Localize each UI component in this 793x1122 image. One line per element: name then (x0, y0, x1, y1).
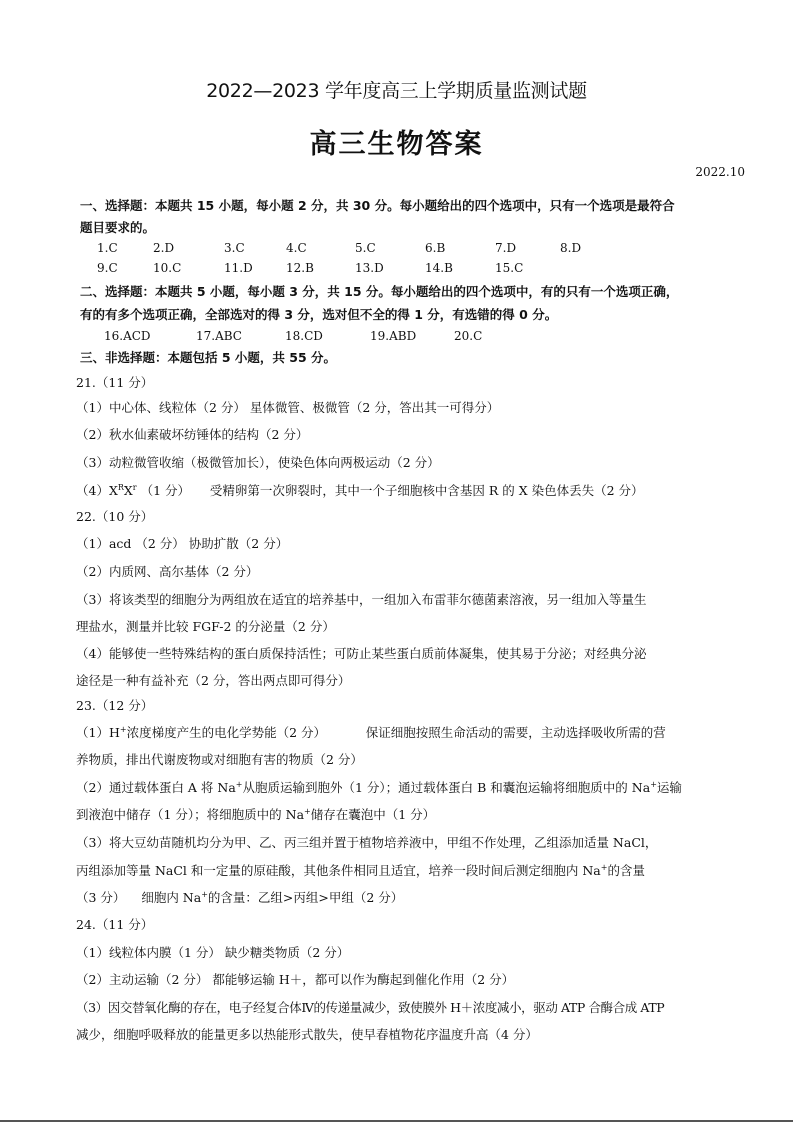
answer-3: 3.C (224, 241, 245, 255)
q22-line-3: （3）将该类型的细胞分为两组放在适宜的培养基中，一组加入布雷菲尔德菌素溶液，另一… (76, 590, 646, 608)
q24-line-4: 减少，细胞呼吸释放的能量更多以热能形式散失，使早春植物花序温度升高（4 分） (76, 1025, 538, 1043)
part2-heading-line1: 二、选择题：本题共 5 小题，每小题 3 分，共 15 分。每小题给出的四个选项… (80, 282, 678, 300)
answer-2: 2.D (153, 241, 174, 255)
q22-line-1: （1）acd （2 分） 协助扩散（2 分） (76, 534, 288, 552)
document-date: 2022.10 (695, 165, 745, 179)
q23-line-4: 到液泡中储存（1 分）；将细胞质中的 Na+储存在囊泡中（1 分） (76, 805, 435, 823)
plus-superscript: + (236, 780, 243, 789)
q23-line-2: 养物质，排出代谢废物或对细胞有害的物质（2 分） (76, 750, 363, 768)
q24-line-3: （3）因交替氧化酶的存在，电子经复合体Ⅳ的传递量减少，致使膜外 H＋浓度减小，驱… (76, 998, 664, 1016)
q23-line-4-b: 储存在囊泡中（1 分） (311, 807, 435, 822)
answer-18: 18.CD (285, 329, 323, 343)
q24-title: 24.（11 分） (76, 915, 153, 933)
plus-superscript: + (304, 807, 311, 816)
answer-7: 7.D (495, 241, 516, 255)
q23-line-5: （3）将大豆幼苗随机均分为甲、乙、丙三组并置于植物培养液中，甲组不作处理，乙组添… (76, 833, 657, 851)
q22-line-5: （4）能够使一些特殊结构的蛋白质保持活性；可防止某些蛋白质前体凝集，使其易于分泌… (76, 644, 646, 662)
answer-8: 8.D (560, 241, 581, 255)
q21-line-4: （4）XRXr （1 分） 受精卵第一次卵裂时，其中一个子细胞核中含基因 R 的… (76, 481, 644, 499)
q23-line-3-c: 运输 (657, 780, 682, 795)
q23-line-7: （3 分） 细胞内 Na+的含量：乙组>丙组>甲组（2 分） (76, 888, 403, 906)
q21-line-4-rest: （1 分） 受精卵第一次卵裂时，其中一个子细胞核中含基因 R 的 X 染色体丢失… (137, 483, 644, 498)
plus-superscript: + (650, 780, 657, 789)
answer-17: 17.ABC (196, 329, 242, 343)
q21-line-3: （3）动粒微管收缩（极微管加长），使染色体向两极运动（2 分） (76, 453, 440, 471)
q24-line-2: （2）主动运输（2 分） 都能够运输 H＋，都可以作为酶起到催化作用（2 分） (76, 970, 514, 988)
q22-line-4: 理盐水，测量并比较 FGF-2 的分泌量（2 分） (76, 617, 335, 635)
answer-5: 5.C (355, 241, 376, 255)
answer-1: 1.C (97, 241, 118, 255)
part1-heading-line2: 题目要求的。 (80, 218, 155, 236)
genotype-x2: X (124, 483, 133, 498)
q23-line-1-start: （1）H (76, 725, 120, 740)
answer-11: 11.D (224, 261, 253, 275)
answer-4: 4.C (286, 241, 307, 255)
q23-line-7-a: （3 分） 细胞内 Na (76, 890, 201, 905)
q23-line-3-a: （2）通过载体蛋白 A 将 Na (76, 780, 236, 795)
q23-line-7-b: 的含量：乙组>丙组>甲组（2 分） (208, 890, 403, 905)
plus-superscript: + (120, 725, 127, 734)
answer-10: 10.C (153, 261, 181, 275)
answer-19: 19.ABD (370, 329, 416, 343)
answer-9: 9.C (97, 261, 118, 275)
q23-line-4-a: 到液泡中储存（1 分）；将细胞质中的 Na (76, 807, 304, 822)
part2-answers-row: 16.ACD 17.ABC 18.CD 19.ABD 20.C (0, 329, 793, 345)
subject-title: 高三生物答案 (0, 122, 793, 161)
q23-line-1-rest: 浓度梯度产生的电化学势能（2 分） 保证细胞按照生命活动的需要，主动选择吸收所需… (127, 725, 666, 740)
answer-15: 15.C (495, 261, 523, 275)
q23-line-3-b: 从胞质运输到胞外（1 分）；通过载体蛋白 B 和囊泡运输将细胞质中的 Na (243, 780, 651, 795)
plus-superscript: + (201, 890, 208, 899)
part2-heading-line2: 有的有多个选项正确，全部选对的得 3 分，选对但不全的得 1 分，有选错的得 0… (80, 305, 557, 323)
q22-line-6: 途径是一种有益补充（2 分，答出两点即可得分） (76, 671, 350, 689)
answer-13: 13.D (355, 261, 384, 275)
q21-line-1: （1）中心体、线粒体（2 分） 星体微管、极微管（2 分，答出其一可得分） (76, 398, 499, 416)
answer-20: 20.C (454, 329, 482, 343)
exam-title: 2022—2023 学年度高三上学期质量监测试题 (0, 76, 793, 103)
q22-line-2: （2）内质网、高尔基体（2 分） (76, 562, 258, 580)
q21-title: 21.（11 分） (76, 373, 153, 391)
answer-12: 12.B (286, 261, 314, 275)
part1-answers-row2: 9.C 10.C 11.D 12.B 13.D 14.B 15.C (0, 261, 793, 277)
q22-title: 22.（10 分） (76, 507, 153, 525)
answer-14: 14.B (425, 261, 453, 275)
part1-answers-row1: 1.C 2.D 3.C 4.C 5.C 6.B 7.D 8.D (0, 241, 793, 257)
answer-16: 16.ACD (104, 329, 151, 343)
q23-title: 23.（12 分） (76, 696, 153, 714)
q23-line-1: （1）H+浓度梯度产生的电化学势能（2 分） 保证细胞按照生命活动的需要，主动选… (76, 723, 666, 741)
q24-line-1: （1）线粒体内膜（1 分） 缺少糖类物质（2 分） (76, 943, 349, 961)
q23-line-6-b: 的含量 (607, 863, 645, 878)
part1-heading-line1: 一、选择题：本题共 15 小题，每小题 2 分，共 30 分。每小题给出的四个选… (80, 196, 675, 214)
q23-line-3: （2）通过载体蛋白 A 将 Na+从胞质运输到胞外（1 分）；通过载体蛋白 B … (76, 778, 682, 796)
q21-line-2: （2）秋水仙素破坏纺锤体的结构（2 分） (76, 425, 308, 443)
genotype-x1: （4）X (76, 483, 118, 498)
answer-6: 6.B (425, 241, 445, 255)
q23-line-6-a: 丙组添加等量 NaCl 和一定量的原硅酸，其他条件相同且适宜，培养一段时间后测定… (76, 863, 601, 878)
part3-heading: 三、非选择题：本题包括 5 小题，共 55 分。 (80, 348, 336, 366)
q23-line-6: 丙组添加等量 NaCl 和一定量的原硅酸，其他条件相同且适宜，培养一段时间后测定… (76, 861, 645, 879)
